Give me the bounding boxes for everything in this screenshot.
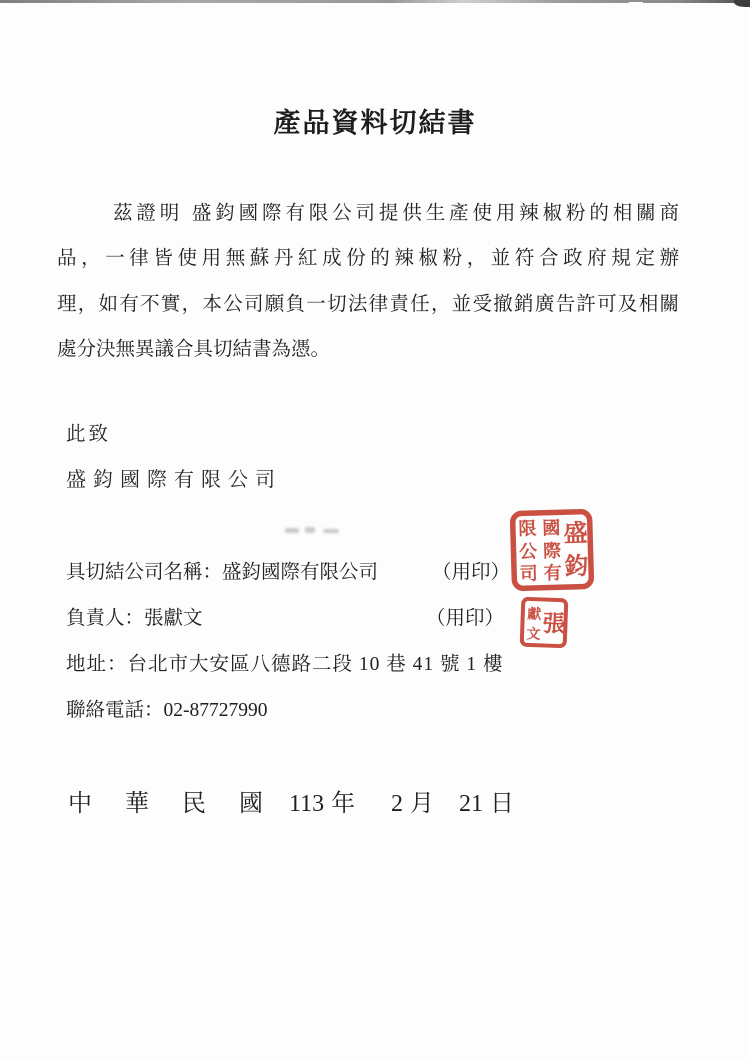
svg-text:盛: 盛 bbox=[563, 520, 588, 548]
svg-text:鈞: 鈞 bbox=[564, 553, 589, 581]
phone-value: 02-87727990 bbox=[164, 700, 268, 721]
svg-text:限: 限 bbox=[518, 518, 537, 538]
phone-row: 聯絡電話：02-87727990 bbox=[66, 694, 268, 722]
seal-here-label-person: （用印） bbox=[426, 602, 504, 630]
affidavit-body: 茲證明 盛鈞國際有限公司提供生產使用辣椒粉的相關商 品，一律皆使用無蘇丹紅成份的… bbox=[57, 197, 679, 377]
address-label: 地址： bbox=[66, 654, 128, 675]
pencil-smudge-artifact bbox=[283, 524, 347, 538]
document-title: 產品資料切結書 bbox=[0, 101, 750, 140]
body-line-4: 處分決無異議合具切結書為憑。 bbox=[57, 333, 679, 361]
responsible-person-name: 張獻文 bbox=[144, 608, 203, 629]
addressee-company-name: 盛鈞國際有限公司 bbox=[66, 463, 282, 492]
declaring-company-name: 盛鈞國際有限公司 bbox=[222, 562, 378, 583]
person-seal-stamp-icon: 張 獻 文 bbox=[519, 596, 569, 649]
scan-top-edge-gap bbox=[627, 2, 643, 6]
body-line-2: 品，一律皆使用無蘇丹紅成份的辣椒粉，並符合政府規定辦 bbox=[57, 242, 679, 270]
svg-text:國: 國 bbox=[542, 518, 561, 538]
salutation: 此致 bbox=[66, 418, 111, 446]
address-value: 台北市大安區八德路二段 10 巷 41 號 1 樓 bbox=[128, 654, 504, 675]
svg-text:文: 文 bbox=[526, 625, 541, 642]
address-row: 地址：台北市大安區八德路二段 10 巷 41 號 1 樓 bbox=[66, 648, 504, 676]
date-month-unit: 月 bbox=[410, 791, 434, 817]
date-day-number: 21 bbox=[459, 791, 483, 817]
svg-text:獻: 獻 bbox=[527, 605, 542, 622]
date-month-number: 2 bbox=[391, 791, 403, 817]
responsible-person-label: 負責人： bbox=[66, 608, 144, 629]
svg-text:公: 公 bbox=[519, 541, 538, 561]
declaring-company-row: 具切結公司名稱：盛鈞國際有限公司 （用印） bbox=[66, 556, 378, 584]
scanned-affidavit-page: 產品資料切結書 茲證明 盛鈞國際有限公司提供生產使用辣椒粉的相關商 品，一律皆使… bbox=[0, 0, 750, 1061]
date-day-unit: 日 bbox=[490, 791, 514, 817]
responsible-person-row: 負責人：張獻文 （用印） bbox=[66, 602, 203, 630]
date-year: 113年 bbox=[289, 783, 355, 818]
phone-label: 聯絡電話： bbox=[66, 700, 164, 721]
body-line-3: 理，如有不實，本公司願負一切法律責任，並受撤銷廣告許可及相關 bbox=[57, 288, 679, 316]
svg-text:張: 張 bbox=[542, 610, 566, 637]
company-seal-stamp-icon: 盛 鈞 國 際 有 限 公 司 bbox=[509, 508, 595, 592]
era-label: 中華民國 bbox=[68, 783, 296, 818]
body-line-1: 茲證明 盛鈞國際有限公司提供生產使用辣椒粉的相關商 bbox=[57, 197, 679, 225]
declaring-company-label: 具切結公司名稱： bbox=[66, 562, 222, 583]
date-month: 2月 bbox=[391, 783, 434, 818]
scan-corner-artifact bbox=[734, 0, 750, 7]
date-year-unit: 年 bbox=[331, 791, 355, 817]
date-year-number: 113 bbox=[289, 791, 324, 817]
svg-text:有: 有 bbox=[543, 562, 562, 583]
svg-text:際: 際 bbox=[543, 540, 562, 561]
svg-text:司: 司 bbox=[519, 563, 538, 583]
seal-here-label-company: （用印） bbox=[432, 556, 510, 584]
date-day: 21日 bbox=[459, 783, 514, 818]
